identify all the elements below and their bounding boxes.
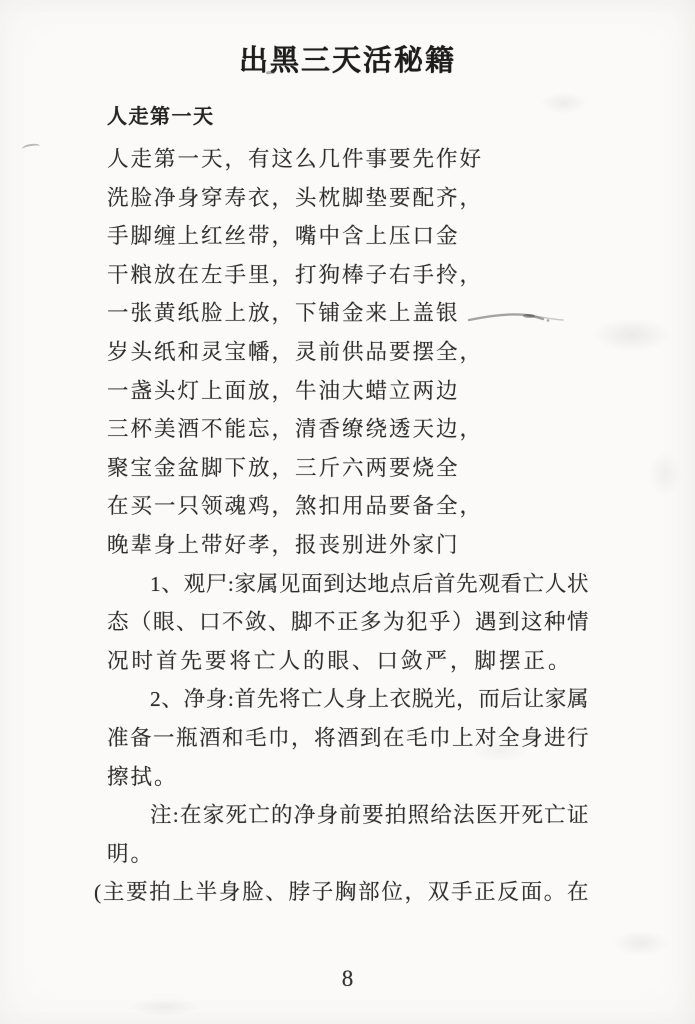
text-line: 1、观尸:家属见面到达地点后首先观看亡人状: [107, 565, 589, 604]
text-line: 明。: [107, 835, 589, 874]
scan-noise: [612, 930, 670, 956]
pencil-mark-artifact: [22, 143, 41, 153]
section-heading: 人走第一天: [107, 100, 215, 129]
scan-noise: [130, 998, 200, 1016]
text-line: 2、净身:首先将亡人身上衣脱光，而后让家属: [107, 680, 589, 719]
scan-noise: [648, 450, 682, 498]
text-line: 聚宝金盆脚下放，三斤六两要烧全: [107, 449, 589, 488]
text-line: 准备一瓶酒和毛巾，将酒到在毛巾上对全身进行: [107, 719, 589, 758]
text-line: 在买一只领魂鸡，煞扣用品要备全，: [107, 487, 589, 526]
text-line: 手脚缠上红丝带，嘴中含上压口金: [107, 217, 589, 256]
text-line: 岁头纸和灵宝幡，灵前供品要摆全，: [107, 333, 589, 372]
document-body: 人走第一天，有这么几件事要先作好 洗脸净身穿寿衣，头枕脚垫要配齐， 手脚缠上红丝…: [107, 140, 589, 912]
text-line: 洗脸净身穿寿衣，头枕脚垫要配齐，: [107, 179, 589, 218]
page-number: 8: [0, 966, 695, 992]
scanned-page: 出黑三天活秘籍 人走第一天 人走第一天，有这么几件事要先作好 洗脸净身穿寿衣，头…: [0, 0, 695, 1024]
scan-noise: [592, 318, 672, 352]
text-line: 况时首先要将亡人的眼、口敛严，脚摆正。: [107, 642, 589, 681]
text-line: 三杯美酒不能忘，清香缭绕透天边，: [107, 410, 589, 449]
text-line: (主要拍上半身脸、脖子胸部位，双手正反面。在: [94, 873, 589, 912]
text-line: 晚辈身上带好孝，报丧别进外家门: [107, 526, 589, 565]
text-line: 态（眼、口不敛、脚不正多为犯乎）遇到这种情: [107, 603, 589, 642]
document-title: 出黑三天活秘籍: [0, 38, 695, 79]
text-line: 注:在家死亡的净身前要拍照给法医开死亡证: [107, 796, 589, 835]
smudge-mark-artifact: [466, 308, 570, 331]
text-line: 人走第一天，有这么几件事要先作好: [107, 140, 589, 179]
text-line: 干粮放在左手里，打狗棒子右手拎，: [107, 256, 589, 295]
text-line: 擦拭。: [107, 758, 589, 797]
text-line: 一盏头灯上面放，牛油大蜡立两边: [107, 372, 589, 411]
scan-noise: [540, 92, 588, 114]
